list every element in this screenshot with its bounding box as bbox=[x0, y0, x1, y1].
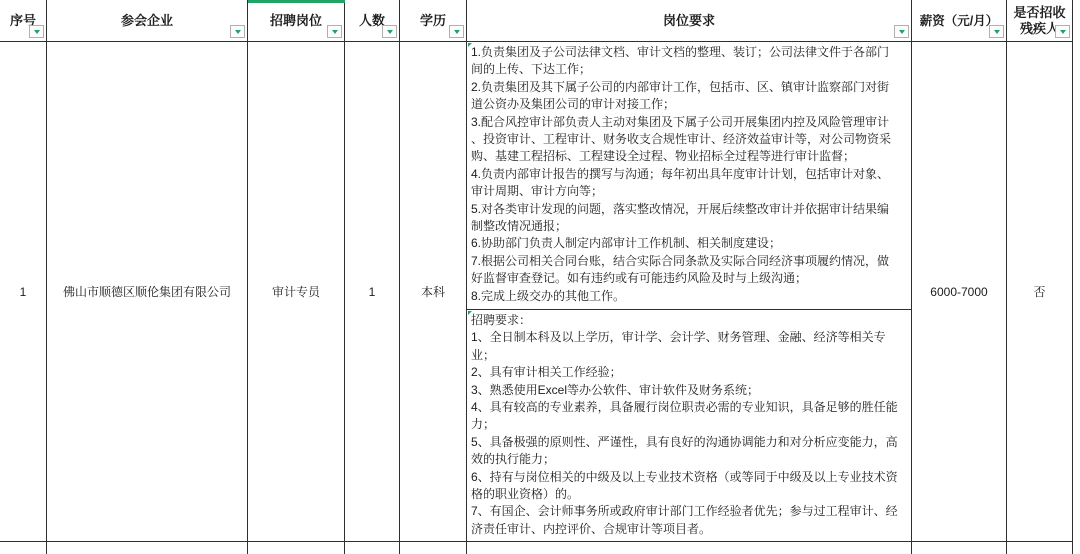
next-row-cell[interactable] bbox=[248, 542, 345, 554]
header-cell-education[interactable]: 学历 bbox=[400, 0, 467, 42]
header-cell-salary[interactable]: 薪资（元/月） bbox=[912, 0, 1007, 42]
cell-disabled-recruit[interactable]: 否 bbox=[1007, 42, 1073, 542]
cell-education[interactable]: 本科 bbox=[400, 42, 467, 542]
cell-headcount[interactable]: 1 bbox=[345, 42, 400, 542]
salary-value: 6000-7000 bbox=[930, 285, 987, 299]
filter-button[interactable] bbox=[449, 25, 464, 38]
headcount-value: 1 bbox=[369, 285, 376, 299]
filter-button[interactable] bbox=[894, 25, 909, 38]
filter-button[interactable] bbox=[1055, 25, 1070, 38]
filter-button[interactable] bbox=[230, 25, 245, 38]
header-label: 招聘岗位 bbox=[270, 13, 322, 29]
cell-job-requirements[interactable]: 招聘要求： 1、全日制本科及以上学历，审计学、会计学、财务管理、金融、经济等相关… bbox=[467, 310, 912, 542]
next-row-cell[interactable] bbox=[467, 542, 912, 554]
education-value: 本科 bbox=[421, 283, 445, 300]
cell-company[interactable]: 佛山市顺德区顺伦集团有限公司 bbox=[47, 42, 248, 542]
position-value: 审计专员 bbox=[272, 283, 320, 300]
header-label: 岗位要求 bbox=[663, 13, 715, 29]
next-row-cell[interactable] bbox=[400, 542, 467, 554]
filter-button[interactable] bbox=[989, 25, 1004, 38]
header-cell-seq[interactable]: 序号 bbox=[0, 0, 47, 42]
filter-dropdown-icon bbox=[235, 30, 241, 34]
filter-dropdown-icon bbox=[454, 30, 460, 34]
cell-seq[interactable]: 1 bbox=[0, 42, 47, 542]
next-row-cell[interactable] bbox=[47, 542, 248, 554]
filter-button[interactable] bbox=[29, 25, 44, 38]
filter-dropdown-icon bbox=[994, 30, 1000, 34]
cell-salary[interactable]: 6000-7000 bbox=[912, 42, 1007, 542]
next-row-cell[interactable] bbox=[0, 542, 47, 554]
company-name: 佛山市顺德区顺伦集团有限公司 bbox=[63, 283, 231, 300]
filter-dropdown-icon bbox=[1060, 30, 1066, 34]
filter-dropdown-icon bbox=[332, 30, 338, 34]
header-cell-position[interactable]: 招聘岗位 bbox=[248, 0, 345, 42]
header-cell-company[interactable]: 参会企业 bbox=[47, 0, 248, 42]
filter-button[interactable] bbox=[382, 25, 397, 38]
next-row-cell[interactable] bbox=[912, 542, 1007, 554]
filter-dropdown-icon bbox=[899, 30, 905, 34]
filter-dropdown-icon bbox=[34, 30, 40, 34]
header-label: 薪资（元/月） bbox=[920, 13, 998, 29]
disabled-recruit-value: 否 bbox=[1033, 283, 1045, 300]
header-cell-headcount[interactable]: 人数 bbox=[345, 0, 400, 42]
filter-dropdown-icon bbox=[387, 30, 393, 34]
header-cell-requirements[interactable]: 岗位要求 bbox=[467, 0, 912, 42]
cell-job-duties[interactable]: 1.负责集团及子公司法律文档、审计文档的整理、装订；公司法律文件于各部门 间的上… bbox=[467, 42, 912, 310]
header-label: 参会企业 bbox=[121, 13, 173, 29]
next-row-cell[interactable] bbox=[345, 542, 400, 554]
cell-flag-triangle bbox=[468, 311, 472, 315]
cell-position[interactable]: 审计专员 bbox=[248, 42, 345, 542]
header-label: 学历 bbox=[420, 13, 446, 29]
next-row-cell[interactable] bbox=[1007, 542, 1073, 554]
seq-value: 1 bbox=[20, 285, 27, 299]
spreadsheet-view: 序号 参会企业 招聘岗位 人数 学历 岗位要求 薪资（元/月） 是否招收 残疾人… bbox=[0, 0, 1080, 554]
active-cell-border bbox=[248, 0, 345, 3]
filter-button[interactable] bbox=[327, 25, 342, 38]
header-cell-disabled-recruit[interactable]: 是否招收 残疾人 bbox=[1007, 0, 1073, 42]
cell-flag-triangle bbox=[468, 43, 472, 47]
